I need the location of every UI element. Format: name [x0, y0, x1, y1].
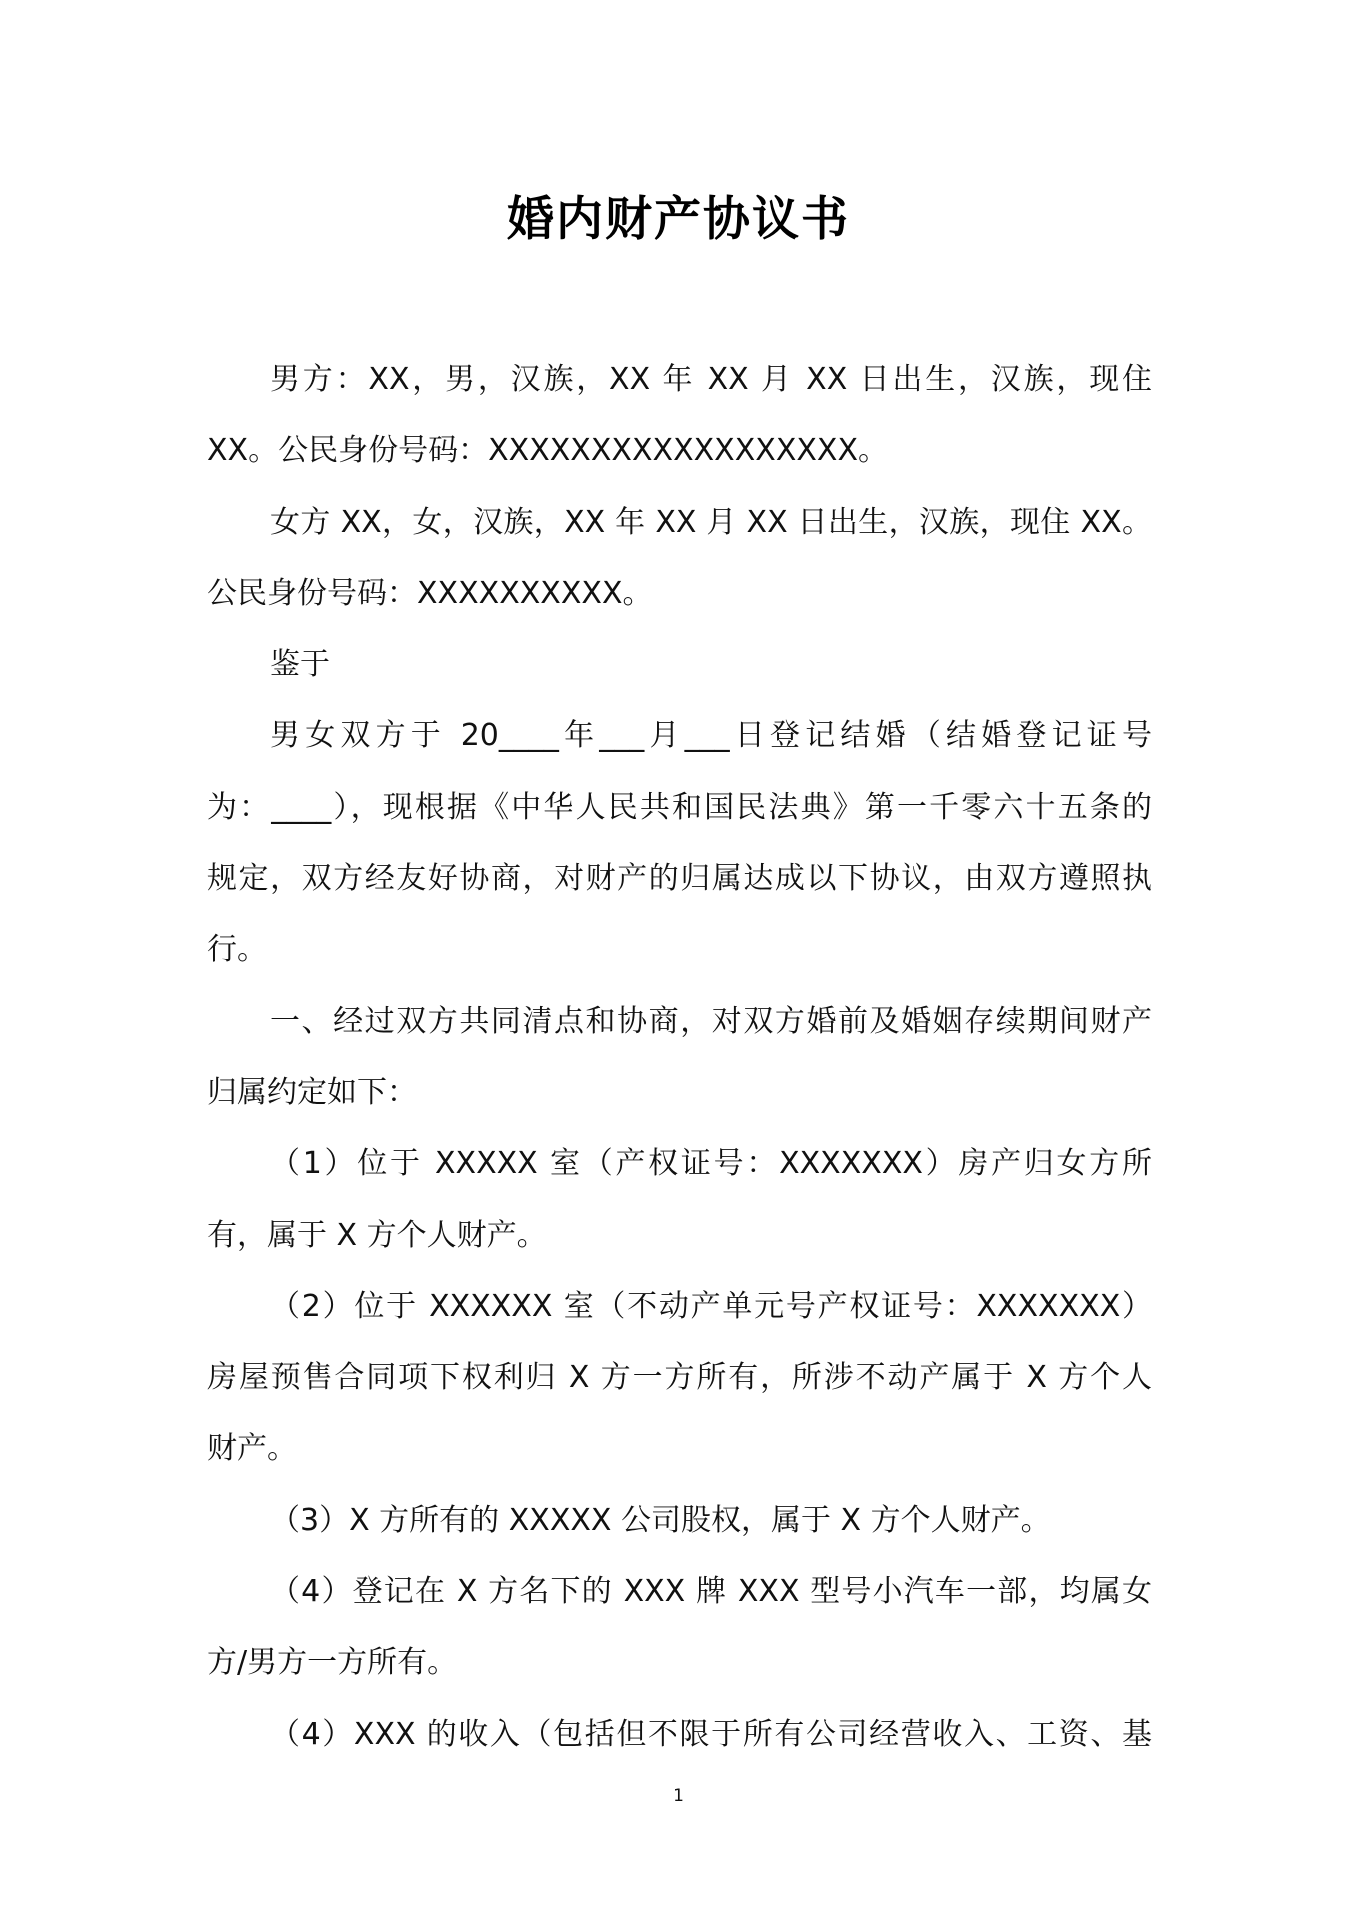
male-party-line-1: 男方：XX，男，汉族，XX 年 XX 月 XX 日出生，汉族，现住	[207, 344, 1152, 415]
item-4a-line-2: 方/男方一方所有。	[207, 1627, 1152, 1698]
page-number: 1	[0, 1784, 1357, 1808]
item-1-line-2: 有，属于 X 方个人财产。	[207, 1200, 1152, 1271]
item-1-line-1: （1）位于 XXXXX 室（产权证号：XXXXXXX）房产归女方所	[207, 1128, 1152, 1199]
item-4b-line-1: （4）XXX 的收入（包括但不限于所有公司经营收入、工资、基	[207, 1699, 1152, 1770]
recital-line-4: 行。	[207, 914, 1152, 985]
item-4a-line-1: （4）登记在 X 方名下的 XXX 牌 XXX 型号小汽车一部，均属女	[207, 1556, 1152, 1627]
whereas-line: 鉴于	[207, 629, 1152, 700]
female-party-line-1: 女方 XX，女，汉族，XX 年 XX 月 XX 日出生，汉族，现住 XX。	[207, 487, 1152, 558]
document-body: 男方：XX，男，汉族，XX 年 XX 月 XX 日出生，汉族，现住 XX。公民身…	[207, 344, 1152, 1770]
item-2-line-1: （2）位于 XXXXXX 室（不动产单元号产权证号：XXXXXXX）	[207, 1271, 1152, 1342]
recital-line-2: 为：____），现根据《中华人民共和国民法典》第一千零六十五条的	[207, 772, 1152, 843]
article-1-line-2: 归属约定如下：	[207, 1057, 1152, 1128]
recital-line-1: 男女双方于 20____年___月___日登记结婚（结婚登记证号	[207, 700, 1152, 771]
male-party-line-2: XX。公民身份号码：XXXXXXXXXXXXXXXXXX。	[207, 415, 1152, 486]
document-page: 婚内财产协议书 男方：XX，男，汉族，XX 年 XX 月 XX 日出生，汉族，现…	[0, 0, 1357, 1920]
item-2-line-3: 财产。	[207, 1413, 1152, 1484]
recital-line-3: 规定，双方经友好协商，对财产的归属达成以下协议，由双方遵照执	[207, 843, 1152, 914]
item-3-line-1: （3）X 方所有的 XXXXX 公司股权，属于 X 方个人财产。	[207, 1485, 1152, 1556]
article-1-line-1: 一、经过双方共同清点和协商，对双方婚前及婚姻存续期间财产	[207, 986, 1152, 1057]
female-party-line-2: 公民身份号码：XXXXXXXXXX。	[207, 558, 1152, 629]
item-2-line-2: 房屋预售合同项下权利归 X 方一方所有，所涉不动产属于 X 方个人	[207, 1342, 1152, 1413]
document-title: 婚内财产协议书	[0, 188, 1357, 252]
